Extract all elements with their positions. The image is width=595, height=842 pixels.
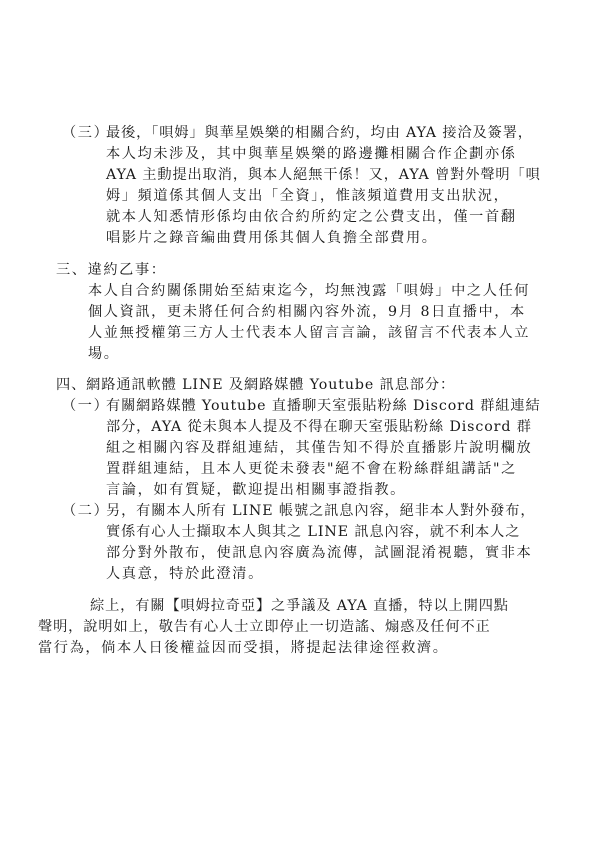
paragraph-line: 本人自合約關係開始至結束迄今，均無洩露「唄姆」中之人任何 [88, 282, 530, 301]
paragraph-line: 人並無授權第三方人士代表本人留言言論，該留言不代表本人立 [88, 324, 530, 343]
paragraph-line: 最後，「唄姆」與華星娛樂的相關合約，均由 AYA 接洽及簽署， [106, 124, 533, 143]
paragraph-line: 置群組連結，且本人更從未發表"絕不會在粉絲群組講話"之 [106, 460, 517, 479]
paragraph-line: 姆」頻道係其個人支出「全資」，惟該頻道費用支出狀況， [106, 187, 509, 206]
paragraph-line: AYA 主動提出取消，與本人絕無干係！又，AYA 曾對外聲明「唄 [106, 166, 541, 185]
paragraph-line: 就本人知悉情形係均由依合約所約定之公費支出，僅一首翻 [106, 208, 516, 227]
item-marker: （三） [62, 124, 109, 143]
document-page: （三） 最後，「唄姆」與華星娛樂的相關合約，均由 AYA 接洽及簽署， 本人均未… [0, 0, 595, 842]
paragraph-line: 另，有關本人所有 LINE 帳號之訊息內容，絕非本人對外發布， [106, 502, 535, 521]
paragraph-line: 有關網路媒體 Youtube 直播聊天室張貼粉絲 Discord 群組連結 [106, 397, 541, 416]
paragraph-line: 個人資訊，更未將任何合約相關內容外流，9月 8日直播中，本 [88, 303, 526, 322]
item-marker: （二） [62, 502, 109, 521]
paragraph-line: 部分對外散布，使訊息內容廣為流傳，試圖混淆視聽，實非本 [106, 544, 532, 563]
section-heading: 三、違約乙事： [56, 261, 167, 280]
paragraph-line: 當行為，倘本人日後權益因而受損，將提起法律途徑救濟。 [38, 639, 448, 658]
paragraph-line: 人真意，特於此澄清。 [106, 565, 264, 584]
paragraph-line: 本人均未涉及，其中與華星娛樂的路邊攤相關合作企劃亦係 [106, 145, 516, 164]
paragraph-line: 實係有心人士擷取本人與其之 LINE 訊息內容，就不利本人之 [106, 523, 520, 542]
section-heading: 四、網路通訊軟體 LINE 及網路媒體 Youtube 訊息部分： [56, 376, 455, 395]
item-marker: （一） [62, 397, 109, 416]
paragraph-line: 唱影片之錄音編曲費用係其個人負擔全部費用。 [106, 229, 438, 248]
paragraph-line: 組之相關內容及群組連結，其僅告知不得於直播影片說明欄放 [106, 439, 532, 458]
paragraph-line: 綜上，有關【唄姆拉奇亞】之爭議及 AYA 直播，特以上開四點 [90, 597, 509, 616]
paragraph-line: 部分，AYA 從未與本人提及不得在聊天室張貼粉絲 Discord 群 [106, 418, 532, 437]
paragraph-line: 聲明，說明如上，敬告有心人士立即停止一切造謠、煽惑及任何不正 [38, 618, 491, 637]
paragraph-line: 場。 [88, 345, 120, 364]
paragraph-line: 言論，如有質疑，歡迎提出相關事證指教。 [106, 481, 406, 500]
